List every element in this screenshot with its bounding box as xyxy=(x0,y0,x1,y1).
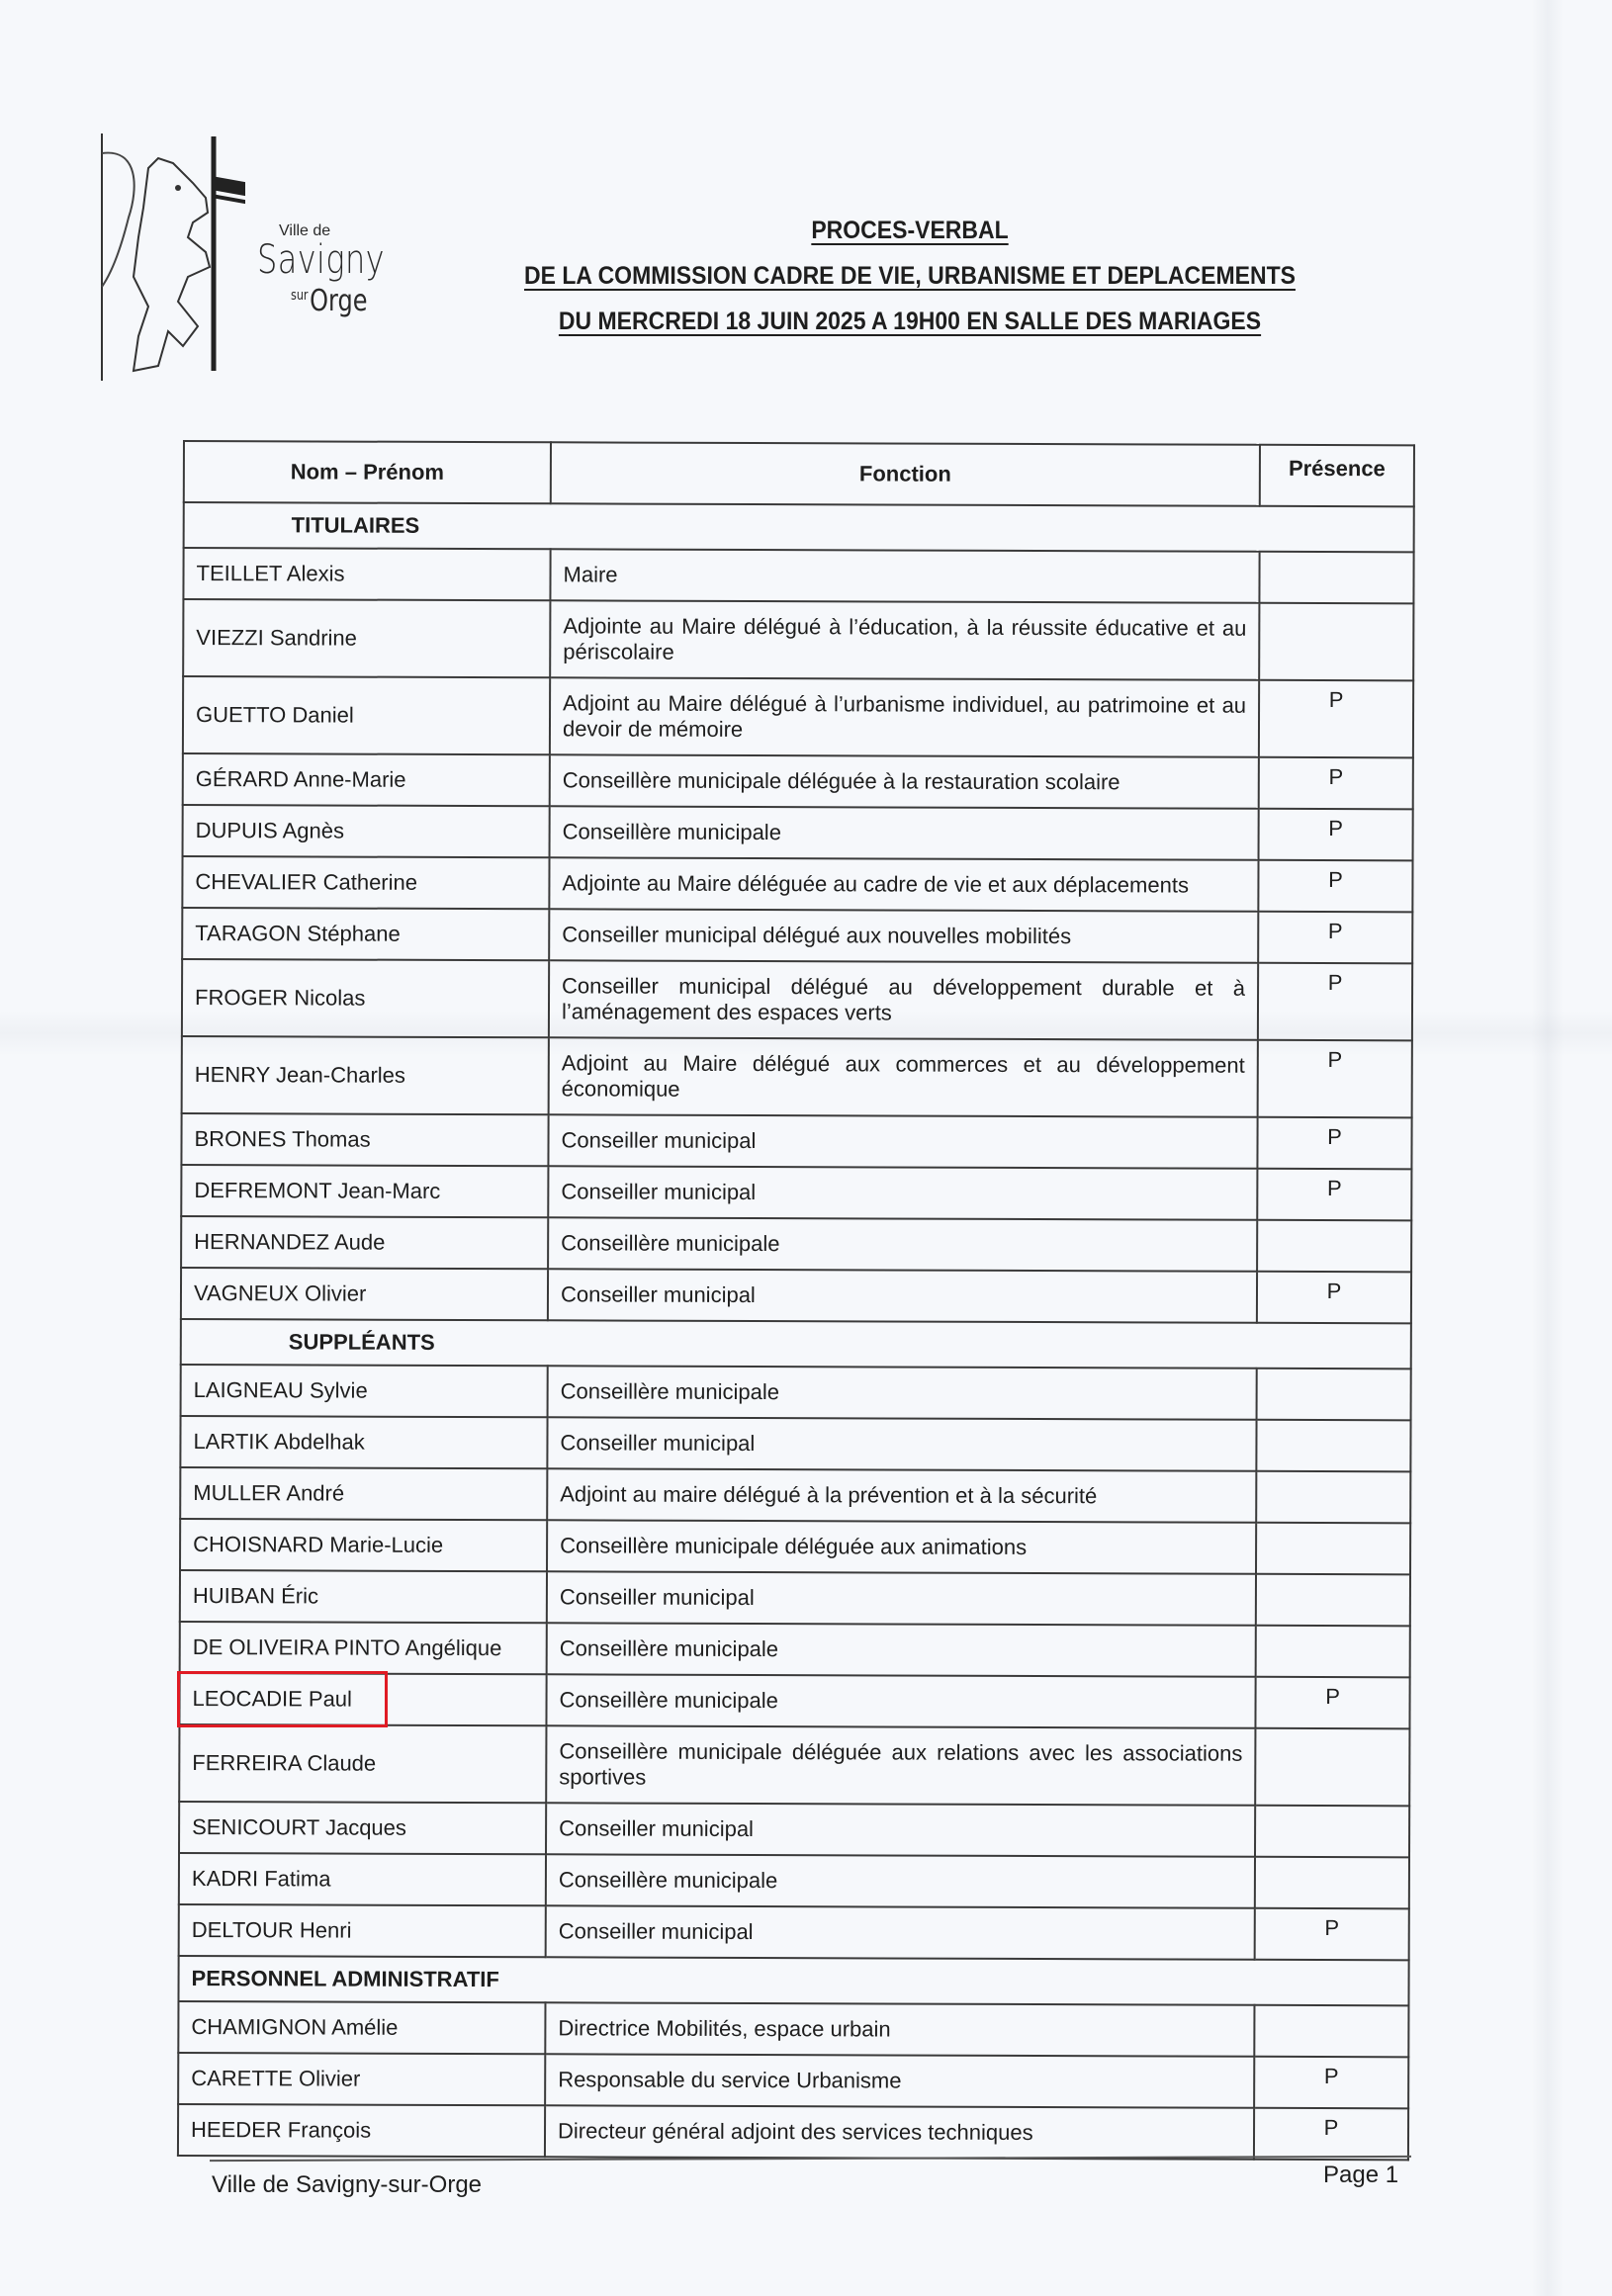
section-row: TITULAIRES xyxy=(184,502,1414,552)
member-function: Adjoint au Maire délégué à l’urbanisme i… xyxy=(550,677,1259,757)
member-name: CHAMIGNON Amélie xyxy=(178,2001,545,2054)
member-function: Maire xyxy=(550,549,1259,603)
member-function: Conseillère municipale déléguée à la res… xyxy=(550,754,1259,809)
logo-sur: sur xyxy=(291,288,309,304)
table-header-row: Nom – Prénom Fonction Présence xyxy=(184,441,1414,506)
member-presence: P xyxy=(1255,1677,1409,1729)
member-presence: P xyxy=(1258,912,1412,964)
member-presence xyxy=(1257,1369,1411,1421)
member-name: FROGER Nicolas xyxy=(182,959,549,1037)
table-row: DEFREMONT Jean-MarcConseiller municipalP xyxy=(181,1165,1411,1220)
table-row: CHOISNARD Marie-LucieConseillère municip… xyxy=(180,1519,1410,1574)
table-row: HUIBAN ÉricConseiller municipal xyxy=(180,1570,1410,1626)
logo-river: surOrge xyxy=(291,280,392,317)
logo-orge: Orge xyxy=(310,284,367,318)
table-row: DE OLIVEIRA PINTO AngéliqueConseillère m… xyxy=(180,1622,1410,1677)
table-body: TITULAIRESTEILLET AlexisMaireVIEZZI Sand… xyxy=(178,502,1414,2160)
member-function: Conseillère municipale xyxy=(550,806,1259,860)
member-name: GUETTO Daniel xyxy=(183,676,550,754)
column-header-function: Fonction xyxy=(551,442,1260,506)
table-row: HEEDER FrançoisDirecteur général adjoint… xyxy=(178,2104,1408,2160)
member-function: Conseillère municipale xyxy=(546,1674,1255,1728)
member-presence: P xyxy=(1257,1117,1411,1170)
table-row: TARAGON StéphaneConseiller municipal dél… xyxy=(182,908,1412,963)
member-presence xyxy=(1254,2005,1408,2058)
table-row: GUETTO DanielAdjoint au Maire délégué à … xyxy=(183,676,1413,757)
logo-city-name: Savigny xyxy=(257,240,385,280)
title-line-1: PROCES-VERBAL xyxy=(811,217,1008,244)
column-header-presence: Présence xyxy=(1260,445,1414,507)
title-line-3: DU MERCREDI 18 JUIN 2025 A 19H00 EN SALL… xyxy=(559,308,1261,335)
lion-holding-banner-icon xyxy=(99,129,257,386)
member-function: Conseiller municipal xyxy=(546,1905,1255,1960)
member-name: CHOISNARD Marie-Lucie xyxy=(180,1519,547,1571)
table-row: FROGER NicolasConseiller municipal délég… xyxy=(182,959,1412,1040)
member-presence xyxy=(1256,1420,1410,1472)
member-name: HENRY Jean-Charles xyxy=(182,1036,549,1114)
section-title: TITULAIRES xyxy=(184,502,1414,552)
member-presence: P xyxy=(1258,1040,1412,1118)
member-presence: P xyxy=(1258,963,1412,1041)
member-name: VIEZZI Sandrine xyxy=(183,599,550,677)
member-function: Conseiller municipal délégué au développ… xyxy=(549,960,1258,1040)
table-row: CARETTE OlivierResponsable du service Ur… xyxy=(178,2053,1408,2108)
member-presence xyxy=(1256,1626,1410,1678)
section-row: PERSONNEL ADMINISTRATIF xyxy=(178,1956,1408,2005)
section-title: PERSONNEL ADMINISTRATIF xyxy=(178,1956,1408,2005)
city-logo: Ville de Savigny surOrge xyxy=(99,129,376,386)
table-row: HERNANDEZ AudeConseillère municipale xyxy=(181,1216,1411,1272)
member-function: Directrice Mobilités, espace urbain xyxy=(545,2002,1254,2057)
member-presence: P xyxy=(1255,1908,1409,1961)
table-row: VIEZZI SandrineAdjointe au Maire délégué… xyxy=(183,599,1413,680)
member-presence xyxy=(1256,1471,1410,1524)
table-row: CHAMIGNON AmélieDirectrice Mobilités, es… xyxy=(178,2001,1408,2057)
member-name: KADRI Fatima xyxy=(179,1853,546,1905)
table-row: LARTIK AbdelhakConseiller municipal xyxy=(180,1416,1410,1471)
member-name: LARTIK Abdelhak xyxy=(180,1416,547,1468)
member-presence: P xyxy=(1259,757,1413,810)
member-function: Conseillère municipale déléguée aux anim… xyxy=(547,1520,1256,1574)
logo-wordmark: Ville de Savigny surOrge xyxy=(257,222,416,317)
member-function: Conseiller municipal xyxy=(548,1114,1257,1169)
column-header-name: Nom – Prénom xyxy=(184,441,551,503)
page-number: Page 1 xyxy=(1323,2162,1398,2189)
table-row: CHEVALIER CatherineAdjointe au Maire dél… xyxy=(182,856,1412,912)
member-name: FERREIRA Claude xyxy=(179,1724,546,1803)
member-presence xyxy=(1256,1523,1410,1575)
member-function: Conseillère municipale xyxy=(547,1623,1256,1677)
member-presence: P xyxy=(1259,680,1413,758)
member-function: Conseiller municipal xyxy=(548,1269,1257,1323)
member-function: Adjointe au Maire délégué à l’éducation,… xyxy=(550,600,1259,680)
member-presence xyxy=(1257,1220,1411,1273)
member-name: HEEDER François xyxy=(178,2104,545,2157)
member-function: Conseillère municipale xyxy=(546,1854,1255,1908)
member-function: Conseiller municipal xyxy=(547,1417,1256,1471)
member-name: HERNANDEZ Aude xyxy=(181,1216,548,1269)
table-row: LAIGNEAU SylvieConseillère municipale xyxy=(181,1365,1411,1420)
member-function: Adjointe au Maire déléguée au cadre de v… xyxy=(549,857,1258,912)
member-presence xyxy=(1255,1857,1409,1909)
member-name: DELTOUR Henri xyxy=(179,1904,546,1957)
member-presence xyxy=(1259,552,1413,604)
member-name: LAIGNEAU Sylvie xyxy=(181,1365,548,1417)
member-name: VAGNEUX Olivier xyxy=(181,1268,548,1320)
table-row: TEILLET AlexisMaire xyxy=(183,548,1413,603)
member-presence xyxy=(1256,1574,1410,1627)
member-name: DEFREMONT Jean-Marc xyxy=(181,1165,548,1217)
section-title: SUPPLÉANTS xyxy=(181,1319,1411,1369)
member-presence: P xyxy=(1257,1169,1411,1221)
member-function: Adjoint au maire délégué à la prévention… xyxy=(547,1468,1256,1523)
member-name: TEILLET Alexis xyxy=(183,548,550,600)
table-row: DUPUIS AgnèsConseillère municipaleP xyxy=(183,805,1413,860)
member-name: SENICOURT Jacques xyxy=(179,1802,546,1854)
member-presence: P xyxy=(1257,1272,1411,1324)
table-row: FERREIRA ClaudeConseillère municipale dé… xyxy=(179,1724,1409,1806)
member-presence: P xyxy=(1259,809,1413,861)
member-name: CARETTE Olivier xyxy=(178,2053,545,2105)
member-name: HUIBAN Éric xyxy=(180,1570,547,1623)
member-function: Conseiller municipal xyxy=(548,1166,1257,1220)
section-row: SUPPLÉANTS xyxy=(181,1319,1411,1369)
member-function: Conseiller municipal xyxy=(547,1571,1256,1626)
title-line-2: DE LA COMMISSION CADRE DE VIE, URBANISME… xyxy=(524,262,1296,290)
member-presence: P xyxy=(1258,860,1412,913)
member-presence xyxy=(1259,603,1413,681)
member-name: DUPUIS Agnès xyxy=(183,805,550,857)
highlight-box xyxy=(177,1671,388,1727)
member-name: BRONES Thomas xyxy=(181,1113,548,1166)
footer-city: Ville de Savigny-sur-Orge xyxy=(212,2171,482,2199)
member-name: GÉRARD Anne-Marie xyxy=(183,753,550,806)
table-row: MULLER AndréAdjoint au maire délégué à l… xyxy=(180,1467,1410,1523)
member-presence: P xyxy=(1254,2108,1408,2161)
table-row: SENICOURT JacquesConseiller municipal xyxy=(179,1802,1409,1857)
document-title: PROCES-VERBAL DE LA COMMISSION CADRE DE … xyxy=(435,208,1385,344)
member-presence xyxy=(1255,1806,1409,1858)
attendance-table: Nom – Prénom Fonction Présence TITULAIRE… xyxy=(177,440,1415,2161)
member-name: TARAGON Stéphane xyxy=(182,908,549,960)
member-function: Conseillère municipale déléguée aux rela… xyxy=(546,1725,1255,1806)
member-function: Conseiller municipal xyxy=(546,1803,1255,1857)
member-function: Conseillère municipale xyxy=(548,1217,1257,1272)
member-function: Conseiller municipal délégué aux nouvell… xyxy=(549,909,1258,963)
member-function: Conseillère municipale xyxy=(548,1366,1257,1420)
member-presence xyxy=(1255,1728,1409,1807)
table-row: HENRY Jean-CharlesAdjoint au Maire délég… xyxy=(182,1036,1412,1117)
member-name: MULLER André xyxy=(180,1467,547,1520)
table-row: VAGNEUX OlivierConseiller municipalP xyxy=(181,1268,1411,1323)
table-row: KADRI FatimaConseillère municipale xyxy=(179,1853,1409,1908)
member-name: CHEVALIER Catherine xyxy=(182,856,549,909)
member-presence: P xyxy=(1254,2057,1408,2109)
member-name: DE OLIVEIRA PINTO Angélique xyxy=(180,1622,547,1674)
member-function: Directeur général adjoint des services t… xyxy=(545,2105,1254,2160)
table-row: GÉRARD Anne-MarieConseillère municipale … xyxy=(183,753,1413,809)
table-row: DELTOUR HenriConseiller municipalP xyxy=(179,1904,1409,1960)
table-row: BRONES ThomasConseiller municipalP xyxy=(181,1113,1411,1169)
member-function: Adjoint au Maire délégué aux commerces e… xyxy=(549,1037,1258,1117)
member-function: Responsable du service Urbanisme xyxy=(545,2054,1254,2108)
